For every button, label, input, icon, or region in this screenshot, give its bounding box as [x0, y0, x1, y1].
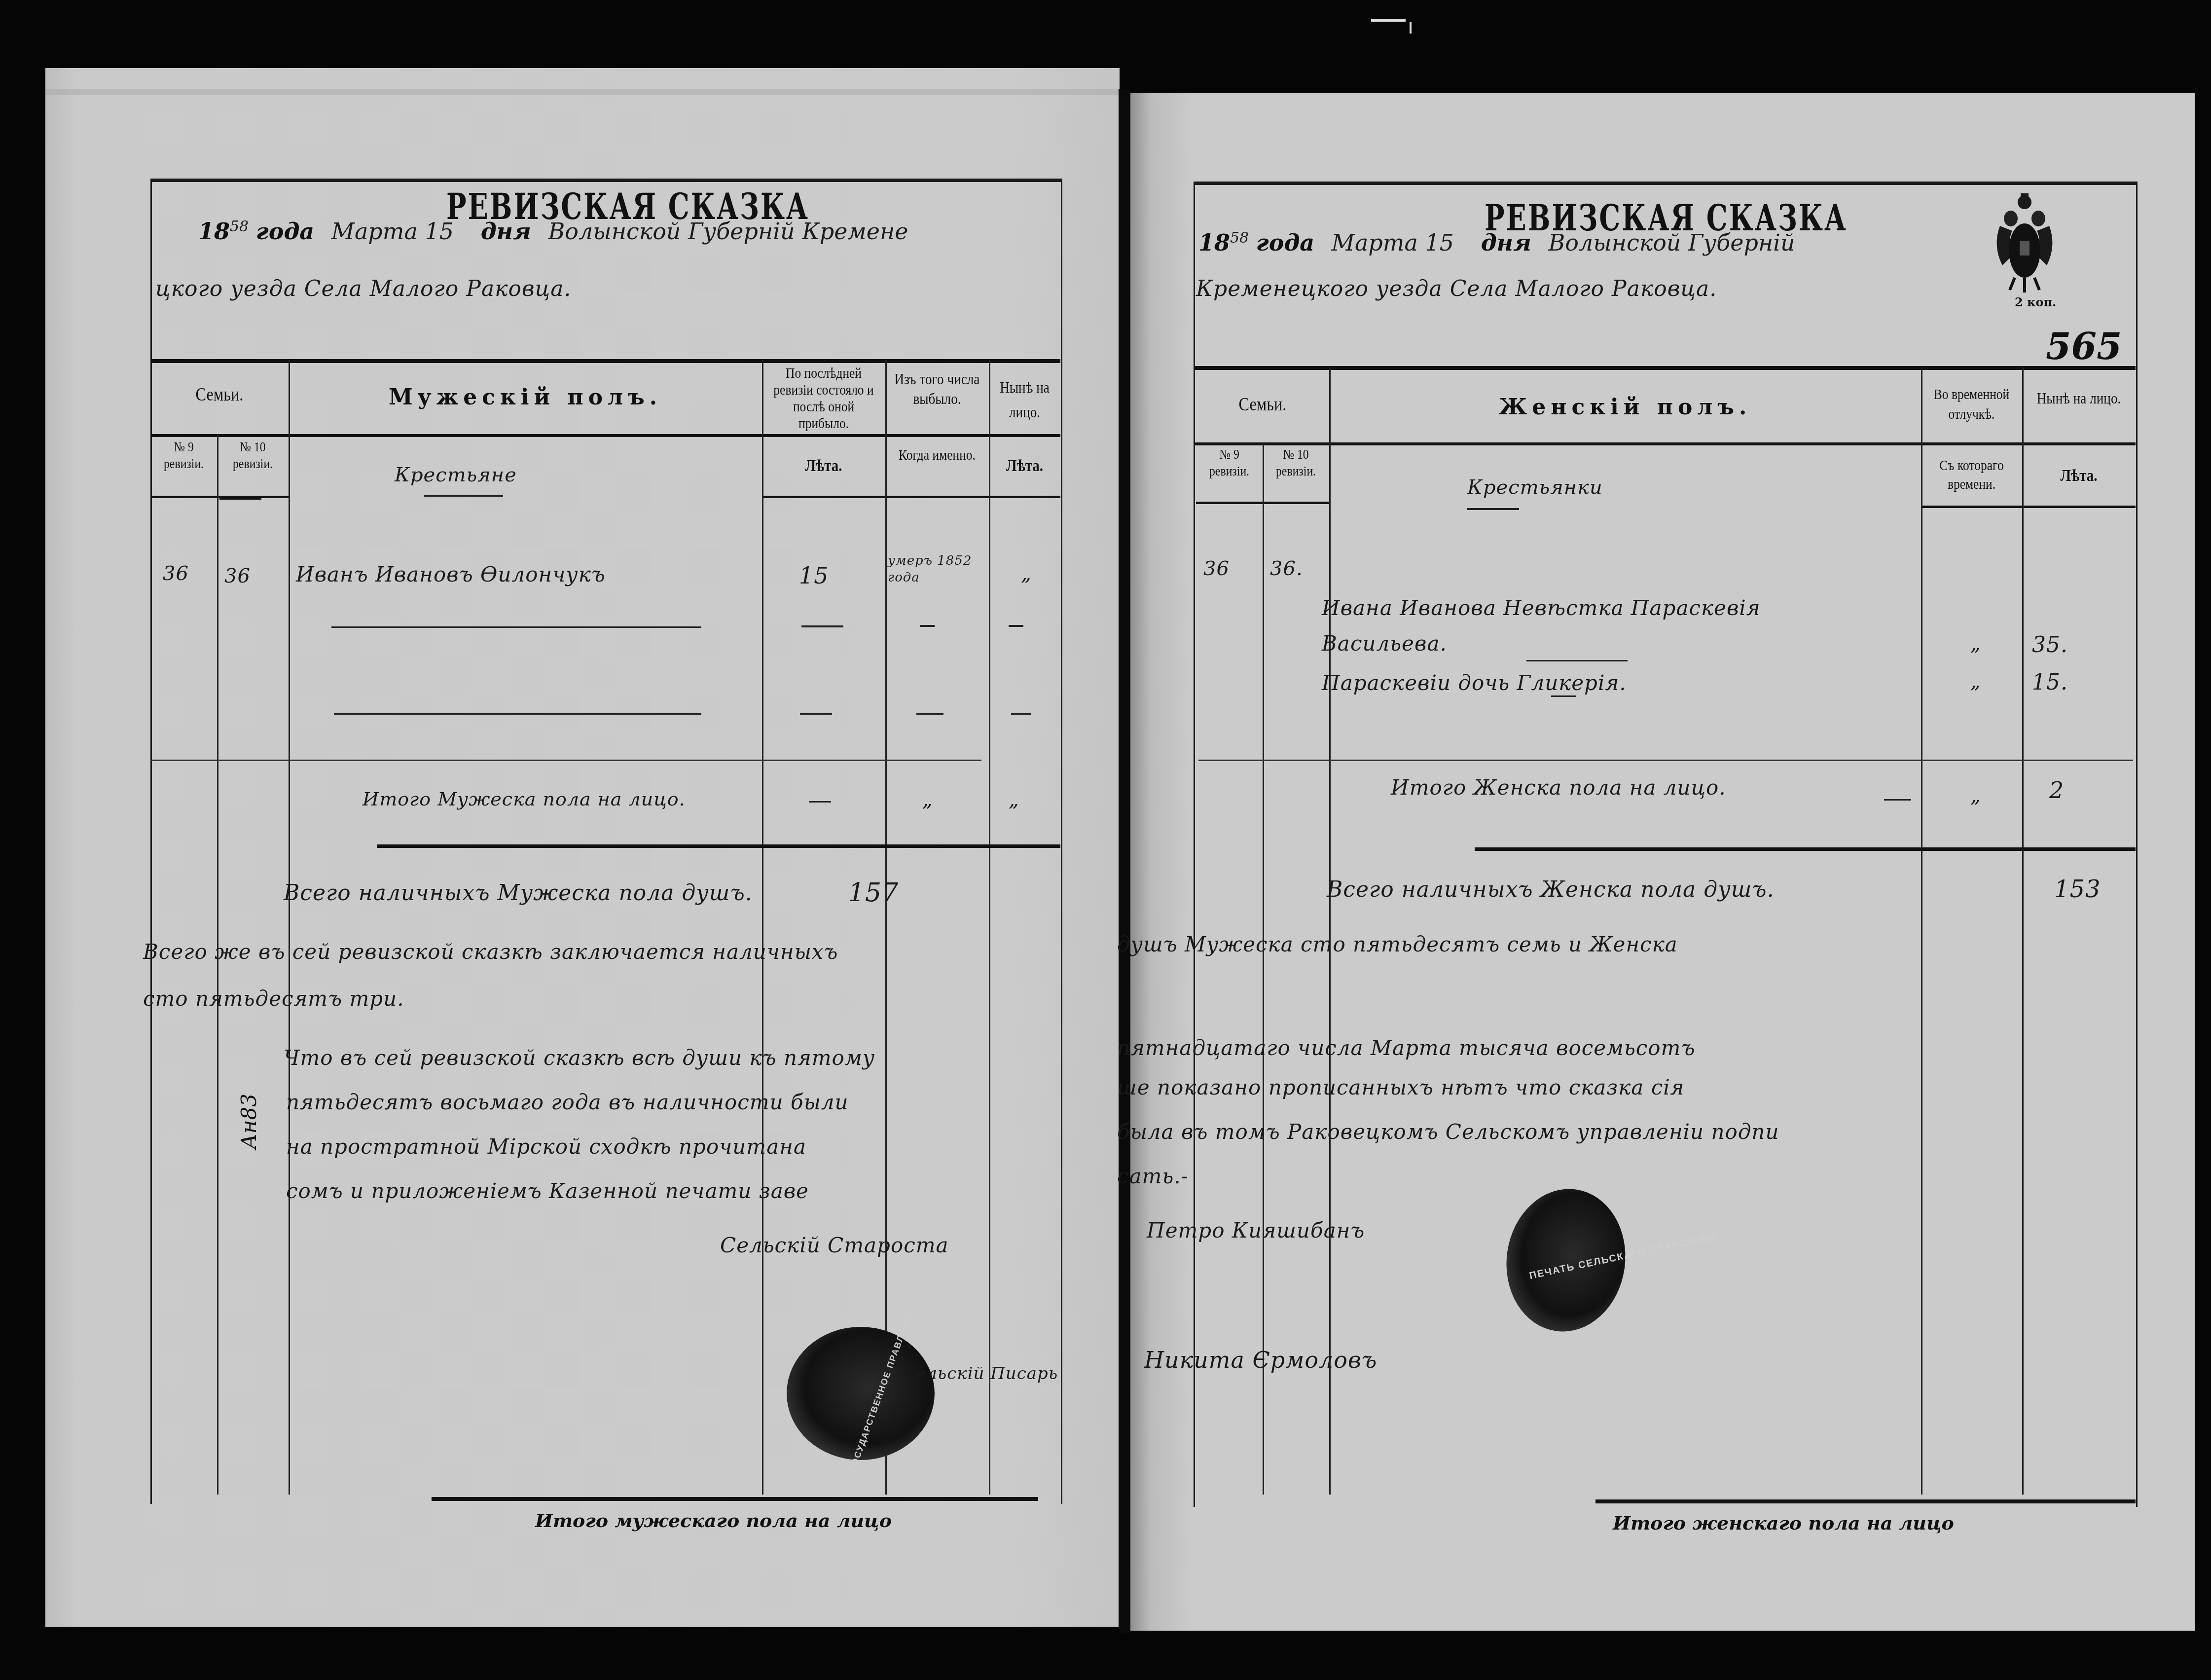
- header-rule: [150, 359, 1060, 363]
- year-printed: 18: [198, 218, 230, 245]
- affirmation-line3: на простратной Мірской сходкѣ прочитана: [286, 1134, 806, 1159]
- header-when: Когда именно.: [893, 446, 981, 464]
- subtotal-rule: [1475, 847, 2136, 851]
- row-absence: „: [1970, 632, 1981, 655]
- header-rev9: № 9 ревизіи.: [155, 439, 212, 473]
- continuation-line2: сто пятьдесятъ три.: [143, 986, 404, 1011]
- column-line: [885, 360, 887, 1495]
- right-form-frame: [1194, 182, 2138, 1507]
- header-families: Семьи.: [1206, 395, 1319, 414]
- header-years: Лѣта.: [2030, 466, 2127, 486]
- header-years: Лѣта.: [771, 456, 876, 476]
- total-female-value: 153: [2054, 876, 2101, 903]
- class-label-peasants-male: Крестьяне: [395, 464, 517, 486]
- subtotal-female-label: Итого Женска пола на лицо.: [1391, 775, 1726, 800]
- day: 15: [1425, 229, 1454, 256]
- signature-elder-right: Петро Кияшибанъ: [1147, 1218, 1365, 1242]
- continuation-line6: сать.-: [1117, 1164, 1189, 1188]
- double-headed-eagle-icon: [1990, 191, 2059, 295]
- subtotal-dash: [1884, 799, 1911, 801]
- header-years-present: Лѣта.: [994, 456, 1055, 476]
- right-place-line2: Кременецкого уезда Села Малого Раковца.: [1196, 276, 1717, 301]
- row-years: 15.: [2032, 670, 2068, 695]
- column-line: [217, 434, 218, 1495]
- header-rev10: № 10 ревизіи.: [1268, 446, 1324, 480]
- footer-rule: [1595, 1499, 2136, 1503]
- month: Марта: [1332, 229, 1418, 256]
- continuation-line5: была въ томъ Раковецкомъ Сельскомъ управ…: [1117, 1120, 1779, 1144]
- subtotal-present: „: [1009, 788, 1019, 811]
- footer-male-total-label: Итого мужескаго пола на лицо: [535, 1509, 892, 1532]
- continuation-line1: душъ Мужеска сто пятьдесятъ семь и Женск…: [1117, 932, 1678, 956]
- row-name-line1: Ивана Иванова Невѣстка Параскевія: [1322, 596, 1761, 620]
- header-rule: [1194, 442, 2136, 445]
- spacer: [1263, 789, 1263, 790]
- row-dash: [801, 625, 843, 627]
- margin-note: Ан83: [237, 1094, 261, 1149]
- column-line: [289, 360, 290, 1495]
- header-male-sex: Мужескій полъ.: [289, 385, 762, 410]
- header-rule: [150, 434, 1060, 437]
- header-rule: [219, 497, 261, 500]
- month: Марта: [331, 218, 418, 245]
- row-departed-when: умеръ 1852 года: [888, 552, 986, 586]
- year-word: года: [1256, 229, 1314, 256]
- underline: [424, 495, 503, 497]
- day: 15: [425, 218, 454, 245]
- row-dash: [920, 625, 935, 627]
- row-rev10: 36: [224, 565, 251, 587]
- column-line: [1263, 444, 1264, 1495]
- row-dash: [916, 713, 943, 715]
- total-female-text: Всего наличныхъ Женска пола душъ.: [1327, 877, 1775, 902]
- affirmation-line4: сомъ и приложеніемъ Казенной печати заве: [286, 1179, 809, 1203]
- signature-clerk: Никита Єрмоловъ: [1144, 1347, 1377, 1373]
- row-years: 35.: [2032, 632, 2068, 657]
- row-blank-line: [331, 626, 701, 628]
- row-name-line1: Параскевіи дочь Гликерія.: [1322, 671, 1627, 695]
- row-name-line2: Васильева.: [1322, 631, 1447, 656]
- total-male-value: 157: [848, 878, 899, 908]
- total-male-text: Всего наличныхъ Мужеска пола душъ.: [284, 880, 753, 906]
- row-dash: [1009, 625, 1023, 627]
- folio-number: 565: [2046, 326, 2122, 368]
- header-present: Нынѣ на лицо.: [994, 375, 1055, 424]
- subtotal-absence: „: [1970, 784, 1981, 807]
- place-line1: Волынской Губерній: [1548, 229, 1795, 256]
- header-departed: Изъ того числа выбыло.: [893, 369, 981, 408]
- subtotal-years: [809, 801, 831, 803]
- column-line: [2022, 367, 2024, 1495]
- class-label-peasants-female: Крестьянки: [1467, 476, 1603, 499]
- year-word: года: [256, 218, 314, 245]
- header-female-sex: Женскій полъ.: [1329, 395, 1921, 420]
- footer-rule: [432, 1497, 1038, 1501]
- year-handwritten: 58: [1230, 229, 1249, 247]
- column-line: [1329, 367, 1331, 1495]
- year-handwritten: 58: [230, 218, 249, 235]
- row-name: Иванъ Ивановъ Ѳилончукъ: [296, 562, 606, 586]
- column-line: [1921, 367, 1922, 1495]
- header-rev10: № 10 ревизіи.: [222, 439, 283, 473]
- row-blank-line: [334, 713, 701, 715]
- row-dash: [800, 713, 832, 715]
- stamp-price: 2 коп.: [2015, 295, 2056, 309]
- subtotal-rule: [377, 844, 1060, 848]
- affirmation-line2: пятьдесятъ восьмаго года въ наличности б…: [286, 1090, 849, 1114]
- subtotal-departed: „: [922, 788, 933, 811]
- row-rev9: 36: [1203, 557, 1230, 580]
- clerk-label: Сельскій Писарь: [903, 1364, 1058, 1384]
- header-present: Нынѣ на лицо.: [2030, 385, 2127, 412]
- row-present-years: „: [1021, 562, 1032, 585]
- column-line: [762, 360, 763, 1495]
- left-place-line2: цкого уезда Села Малого Раковца.: [155, 276, 571, 301]
- day-word: дня: [481, 218, 531, 245]
- subtotal-male-label: Итого Мужеска пола на лицо.: [362, 788, 686, 810]
- header-last-revision: По послѣдней ревизіи состояло и послѣ он…: [771, 365, 876, 432]
- header-families: Семьи.: [161, 385, 278, 404]
- left-date-line: 1858 года Марта 15 дня Волынской Губерні…: [198, 218, 908, 245]
- right-date-line: 1858 года Марта 15 дня Волынской Губерні…: [1198, 229, 1795, 256]
- row-years: 15: [799, 562, 829, 589]
- row-rev10: 36.: [1270, 557, 1303, 580]
- place-line1: Волынской Губерній Кремене: [548, 218, 908, 245]
- row-fill-line: [1526, 660, 1628, 661]
- header-rule: [1921, 506, 2136, 508]
- continuation-line3: пятнадцатаго числа Марта тысяча восемьсо…: [1117, 1036, 1695, 1060]
- book-gutter: [1119, 89, 1130, 1633]
- header-rule: [762, 496, 1060, 498]
- year-printed: 18: [1198, 229, 1230, 256]
- subtotal-present: 2: [2049, 777, 2064, 803]
- header-rev9: № 9 ревизіи.: [1201, 446, 1258, 480]
- continuation-line4: ше показано прописанныхъ нѣтъ что сказка…: [1117, 1075, 1684, 1099]
- continuation-line1: Всего же въ сей ревизской сказкѣ заключа…: [143, 940, 838, 964]
- header-since-when: Съ котораго времени.: [1928, 456, 2014, 494]
- row-fill-line: [1551, 695, 1576, 697]
- header-absence: Во временной отлучкѣ.: [1928, 385, 2014, 424]
- affirmation-line1: Что въ сей ревизской сказкѣ всѣ души къ …: [284, 1046, 875, 1070]
- underline: [1467, 508, 1519, 510]
- row-absence: „: [1970, 670, 1981, 693]
- scanner-mark: [1371, 19, 1406, 22]
- row-dash: [1011, 713, 1031, 715]
- day-word: дня: [1481, 229, 1531, 256]
- footer-female-total-label: Итого женскаго пола на лицо: [1613, 1512, 1954, 1534]
- section-rule: [1198, 760, 2133, 761]
- row-rev9: 36: [163, 562, 189, 585]
- signature-elder-left: Сельскій Староста: [720, 1233, 949, 1257]
- header-rule: [1194, 366, 2136, 370]
- scanner-mark: [1410, 22, 1412, 34]
- column-line: [989, 360, 990, 1495]
- left-seal-stamp: ГОСУДАРСТВЕННОЕ ПРАВЛЕНІЕ: [787, 1327, 935, 1460]
- section-rule: [150, 760, 981, 761]
